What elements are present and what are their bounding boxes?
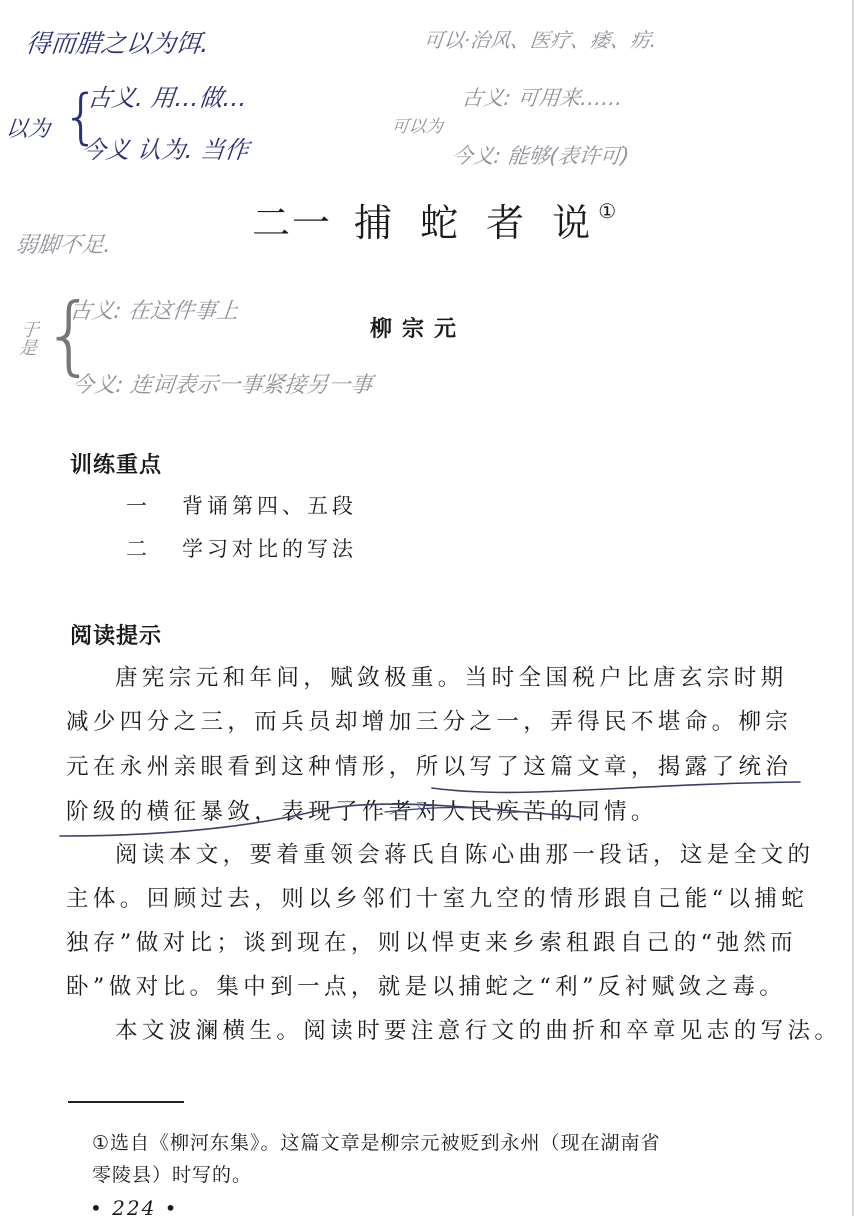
item-text: 学习对比的写法 (182, 537, 357, 561)
paragraph-line: 阅读本文，要着重领会蒋氏自陈心曲那一段话，这是全文的 (115, 837, 814, 869)
lesson-number: 二一 (252, 201, 332, 245)
handwritten-note: 今义: 能够(表许可) (450, 140, 630, 170)
footnote-line: ①选自《柳河东集》。这篇文章是柳宗元被贬到永州（现在湖南省 (92, 1128, 661, 1155)
handwritten-note: 可以·治风、医疗、痿、疠. (422, 24, 658, 53)
paragraph-line: 卧”做对比。集中到一点，就是以捕蛇之“利”反衬赋敛之毒。 (66, 969, 786, 1001)
paragraph-line: 唐宪宗元和年间，赋敛极重。当时全国税户比唐玄宗时期 (115, 660, 788, 692)
handwritten-note: 今义: 连词表示一事紧接另一事 (70, 368, 374, 399)
handwritten-note: 今义 认为. 当作 (80, 130, 251, 165)
handwritten-note: 古义. 用…做… (86, 78, 249, 113)
handwritten-note: 得而腊之以为饵. (24, 24, 211, 60)
paragraph-line: 主体。回顾过去，则以乡邻们十室九空的情形跟自己能“以捕蛇 (66, 881, 808, 913)
training-focus-item: 一背诵第四、五段 (126, 490, 357, 520)
handwritten-note: 古义: 可用来…… (460, 82, 624, 112)
training-focus-item: 二学习对比的写法 (126, 533, 357, 563)
handwritten-note: 弱脚不足. (14, 228, 112, 259)
handwritten-note-label: 可以为 (391, 112, 445, 137)
paragraph-line: 本文波澜横生。阅读时要注意行文的曲折和卒章见志的写法。 (115, 1013, 841, 1045)
handwritten-note-label: 于是 (12, 320, 42, 356)
lesson-title-text: 捕 蛇 者 说 (354, 201, 598, 245)
handwritten-note-label: 以为 (4, 112, 51, 143)
item-index: 一 (126, 490, 182, 520)
item-index: 二 (126, 533, 182, 563)
footnote-marker: ① (598, 199, 616, 223)
item-text: 背诵第四、五段 (182, 494, 357, 518)
author: 柳宗元 (370, 312, 466, 343)
paragraph-line: 独存”做对比；谈到现在，则以悍吏来乡索租跟自己的“弛然而 (66, 925, 797, 957)
footnote-line: 零陵县）时写的。 (92, 1160, 252, 1187)
training-focus-heading: 训练重点 (70, 448, 162, 479)
footnote-divider (68, 1101, 184, 1103)
reading-tips-heading: 阅读提示 (70, 619, 162, 650)
lesson-title: 二一捕 蛇 者 说① (252, 192, 616, 247)
paragraph-line: 减少四分之三，而兵员却增加三分之一，弄得民不堪命。柳宗 (66, 704, 792, 736)
page-number: • 224 • (90, 1196, 178, 1216)
paragraph-line: 元在永州亲眼看到这种情形，所以写了这篇文章，揭露了统治 (66, 749, 792, 781)
handwritten-note: 古义: 在这件事上 (68, 294, 240, 325)
paragraph-line: 阶级的横征暴敛，表现了作者对人民疾苦的同情。 (66, 794, 658, 826)
